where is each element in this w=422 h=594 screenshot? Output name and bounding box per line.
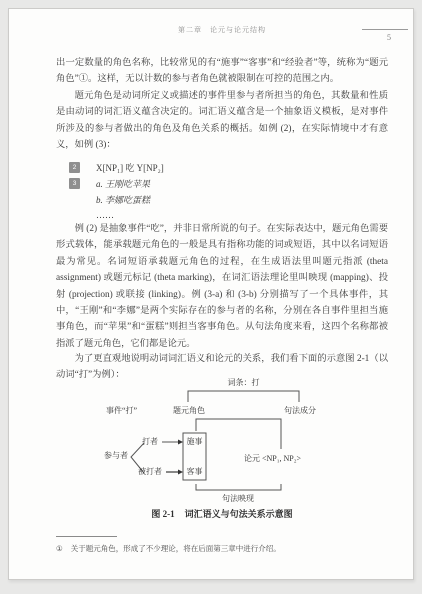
node-lexical-entry: 词条：打 [183, 377, 304, 388]
page-number-rule [362, 29, 408, 30]
node-theta-roles: 题元角色 [159, 405, 219, 416]
example-text: X[NP₁] 吃 Y[NP₂] [96, 161, 164, 174]
figure-caption: 图 2-1词汇语义与句法关系示意图 [56, 507, 388, 520]
example-ellipsis: …… [96, 210, 114, 220]
diagram-lines [76, 379, 416, 507]
footnote-text: 关于题元角色，形成了不少理论，将在后面第三章中进行介绍。 [71, 544, 281, 553]
node-participants: 参与者 [104, 450, 128, 461]
figure-caption-number: 图 2-1 [151, 509, 174, 519]
paragraph: 出一定数量的角色名称，比较常见的有“施事”“客事”和“经验者”等，统称为“题元角… [56, 55, 388, 88]
paragraph: 题元角色是动词所定义或描述的事件里参与者所担当的角色，其数量和性质是由动词的词汇… [56, 88, 388, 154]
example-number-badge: 3 [69, 178, 80, 189]
book-page: 第二章论元与论元结构 5 出一定数量的角色名称，比较常见的有“施事”“客事”和“… [8, 8, 414, 580]
text-block-1: 出一定数量的角色名称，比较常见的有“施事”“客事”和“经验者”等，统称为“题元角… [56, 55, 388, 157]
footnote-marker: ① [56, 544, 63, 553]
node-syntactic-mapping: 句法映现 [208, 493, 268, 504]
example-item: b. 李娜吃蛋糕 [56, 191, 388, 207]
example-item: 3 a. 王刚吃苹果 [56, 175, 388, 191]
page-number: 5 [387, 33, 391, 42]
text-block-2: 例 (2) 是抽象事件“吃”，并非日常所说的句子。在实际表达中，题元角色需要形式… [56, 221, 388, 353]
node-agent: 施事 [187, 436, 203, 447]
figure-caption-text: 词汇语义与句法关系示意图 [185, 509, 293, 519]
chapter-title: 论元与论元结构 [210, 26, 266, 34]
node-patient: 客事 [187, 466, 203, 477]
chapter-label: 第二章 [178, 26, 202, 34]
example-item: 2 X[NP₁] 吃 Y[NP₂] [56, 159, 388, 175]
example-text: b. 李娜吃蛋糕 [96, 193, 150, 206]
running-header: 第二章论元与论元结构 [56, 25, 388, 35]
node-hittee: 被打者 [138, 466, 162, 477]
figure-diagram: 词条：打 事件“打” 题元角色 句法成分 参与者 打者 被打者 施事 客事 论元… [76, 379, 416, 507]
paragraph: 例 (2) 是抽象事件“吃”，并非日常所说的句子。在实际表达中，题元角色需要形式… [56, 221, 388, 352]
node-syntax-component: 句法成分 [270, 405, 330, 416]
example-number-badge: 2 [69, 162, 80, 173]
node-hitter: 打者 [142, 436, 158, 447]
footnote: ①关于题元角色，形成了不少理论，将在后面第三章中进行介绍。 [56, 543, 383, 554]
role-box: 施事 客事 [183, 433, 206, 480]
examples-block: 2 X[NP₁] 吃 Y[NP₂] 3 a. 王刚吃苹果 b. 李娜吃蛋糕 …… [56, 159, 388, 225]
footnote-rule [56, 536, 117, 537]
node-arguments: 论元 <NP₁, NP₂> [244, 453, 301, 464]
example-text: a. 王刚吃苹果 [96, 177, 150, 190]
node-event: 事件“打” [106, 405, 137, 416]
